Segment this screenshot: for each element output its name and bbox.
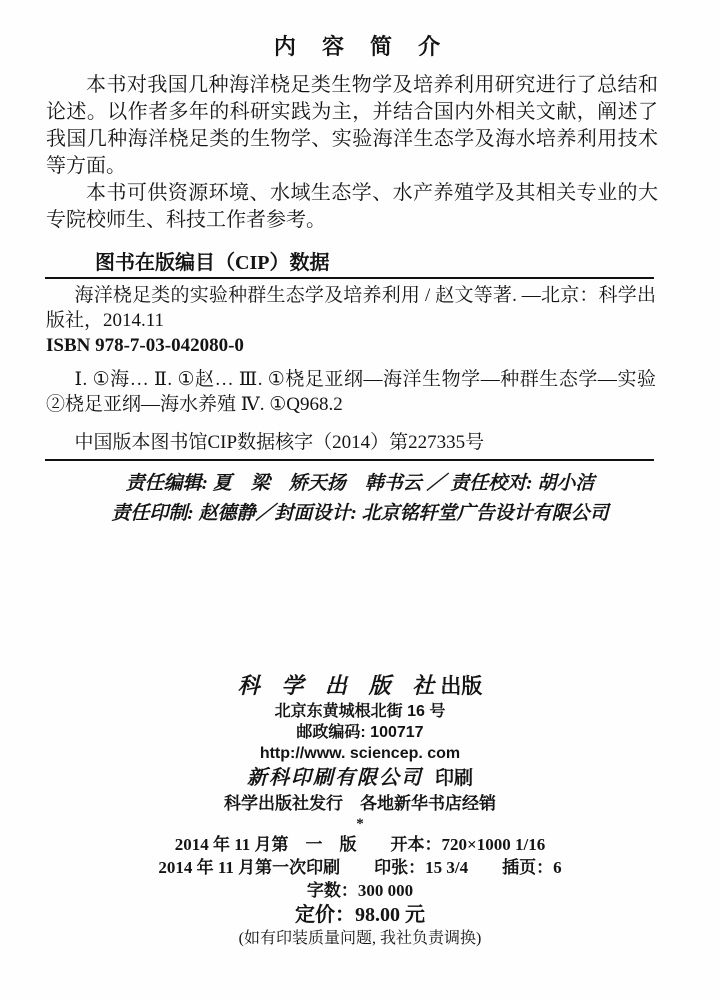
- print-design-line: 责任印制: 赵德静／封面设计: 北京铭轩堂广告设计有限公司: [0, 499, 720, 529]
- editors-line: 责任编辑: 夏 梁 矫天扬 韩书云 ／ 责任校对: 胡小洁: [0, 469, 720, 499]
- divider-asterisk: *: [0, 815, 720, 833]
- quality-notice: (如有印装质量问题, 我社负责调换): [0, 928, 720, 950]
- printing-sheets-line: 2014 年 11 月第一次印刷 印张：15 3/4 插页：6: [0, 856, 720, 879]
- publisher-line: 科 学 出 版 社出版: [0, 671, 720, 701]
- copyright-page: 内 容 简 介 本书对我国几种海洋桡足类生物学及培养利用研究进行了总结和论述。以…: [0, 0, 720, 1000]
- edition-format-line: 2014 年 11 月第 一 版 开本：720×1000 1/16: [0, 833, 720, 856]
- colophon-block: 科 学 出 版 社出版 北京东黄城根北街 16 号 邮政编码: 100717 h…: [0, 671, 720, 950]
- summary-paragraph-2: 本书可供资源环境、水域生态学、水产养殖学及其相关专业的大专院校师生、科技工作者参…: [46, 180, 658, 234]
- printer-role: 印刷: [435, 768, 473, 789]
- cip-rule-top: [45, 277, 654, 279]
- printer-script-name: 新科印刷有限公司: [247, 765, 423, 789]
- cip-record-number: 中国版本图书馆CIP数据核字（2014）第227335号: [46, 430, 656, 455]
- cip-classification: Ⅰ. ①海… Ⅱ. ①赵… Ⅲ. ①桡足亚纲—海洋生物学—种群生态学—实验 ②桡…: [46, 367, 656, 417]
- printer-line: 新科印刷有限公司印刷: [0, 764, 720, 792]
- price-line: 定价：98.00 元: [0, 902, 720, 928]
- word-count-line: 字数：300 000: [0, 879, 720, 902]
- content-summary: 本书对我国几种海洋桡足类生物学及培养利用研究进行了总结和论述。以作者多年的科研实…: [46, 72, 658, 234]
- publisher-role: 出版: [440, 675, 482, 698]
- credits-block: 责任编辑: 夏 梁 矫天扬 韩书云 ／ 责任校对: 胡小洁 责任印制: 赵德静／…: [0, 469, 720, 529]
- section-title: 内 容 简 介: [0, 30, 720, 61]
- cip-rule-bottom: [45, 459, 654, 461]
- summary-paragraph-1: 本书对我国几种海洋桡足类生物学及培养利用研究进行了总结和论述。以作者多年的科研实…: [46, 72, 658, 180]
- cip-heading: 图书在版编目（CIP）数据: [95, 246, 329, 275]
- postal-code: 邮政编码: 100717: [0, 722, 720, 743]
- isbn-number: ISBN 978-7-03-042080-0: [46, 333, 656, 358]
- cip-data-block: 海洋桡足类的实验种群生态学及培养利用 / 赵文等著. —北京：科学出版社，201…: [46, 283, 656, 455]
- publisher-address: 北京东黄城根北街 16 号: [0, 701, 720, 722]
- distribution-line: 科学出版社发行 各地新华书店经销: [0, 792, 720, 815]
- cip-entry: 海洋桡足类的实验种群生态学及培养利用 / 赵文等著. —北京：科学出版社，201…: [46, 283, 656, 333]
- publisher-website: http://www. sciencep. com: [0, 743, 720, 764]
- publisher-script-name: 科 学 出 版 社: [238, 673, 439, 699]
